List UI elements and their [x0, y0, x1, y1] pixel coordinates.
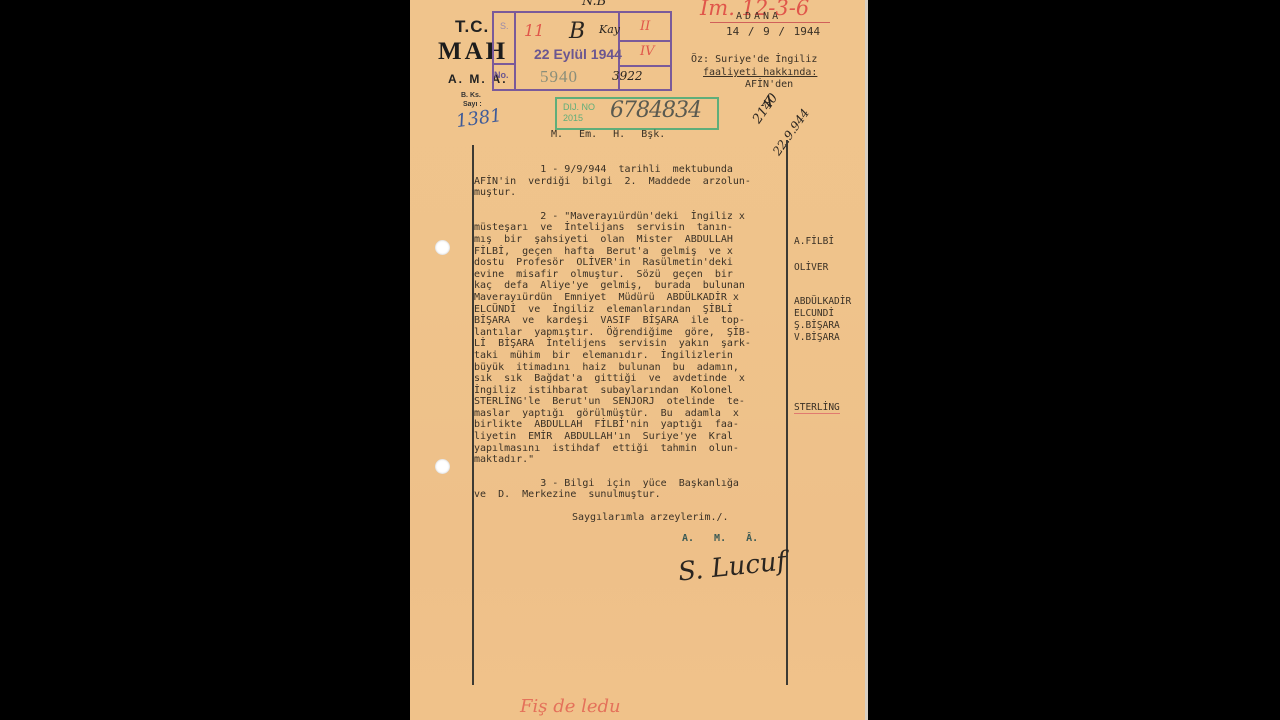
stamp-corner-letter: S.: [500, 21, 509, 31]
margin-name: ABDÜLKADİR: [794, 296, 851, 307]
dij-label: DIJ. NO 2015: [563, 102, 595, 124]
addressee: M. Em. H. Bşk.: [551, 129, 665, 140]
margin-name: OLİVER: [794, 262, 828, 273]
red-annotation-bottom: Fiş de ledu: [520, 696, 621, 717]
stamp-hand-top: N.B: [582, 0, 606, 9]
subject-line-2: faaliyeti hakkında:: [703, 67, 817, 78]
letterhead-tc: T.C.: [455, 17, 489, 37]
paragraph-1: 1 - 9/9/944 tarihli mektubunda AFİN'in v…: [474, 164, 788, 199]
signature: S. Lucuf: [677, 546, 788, 587]
margin-name: Ş.BİŞARA: [794, 320, 840, 331]
punch-hole-icon: [435, 459, 450, 474]
stamp-roman-2: IV: [640, 44, 655, 59]
stamp-red-mark: 11: [524, 21, 544, 40]
page-edge: [865, 0, 868, 720]
closing: Saygılarımla arzeylerim./.: [572, 512, 729, 523]
receipt-stamp: S. No. 22 Eylül 1944 5940 11 B Kay II IV…: [492, 11, 672, 91]
hand-date: 22.9.944: [770, 106, 812, 158]
paragraph-3: 3 - Bilgi için yüce Başkanlığa ve D. Mer…: [474, 478, 788, 501]
stamp-number: 5940: [540, 67, 578, 87]
letter-body: 1 - 9/9/944 tarihli mektubunda AFİN'in v…: [474, 164, 788, 501]
city: ADANA: [736, 11, 781, 22]
stamp-hand-mark: B: [569, 19, 585, 44]
initials: A. M. Â.: [682, 533, 758, 544]
sayi-handwritten: 1381: [455, 105, 503, 132]
margin-name: ELCUNDİ: [794, 308, 834, 319]
stamp-kay: Kay: [599, 23, 620, 36]
dij-handwritten-number: 6784834: [610, 98, 701, 123]
city-underline: [710, 22, 830, 23]
stamp-date: 22 Eylül 1944: [534, 46, 622, 62]
margin-name: STERLİNG: [794, 402, 840, 414]
letter-date: 14 / 9 / 1944: [726, 25, 820, 38]
hand-number: 2140: [750, 91, 781, 127]
punch-hole-icon: [435, 240, 450, 255]
paragraph-2: 2 - "Maverayıürdün'deki İngiliz x müsteş…: [474, 211, 788, 466]
margin-name: V.BİŞARA: [794, 332, 840, 343]
letterhead-bks: B. Ks.: [461, 92, 481, 99]
subject-line-1: Öz: Suriye'de İngiliz: [691, 53, 817, 67]
document-page: T.C. MAH A. M. A. B. Ks. Sayı : 1381 S. …: [410, 0, 868, 720]
subject-line-3: AFİN'den: [745, 79, 793, 90]
margin-name: A.FİLBİ: [794, 236, 834, 247]
stamp-no-label: No.: [494, 70, 509, 80]
stamp-ref: 3922: [612, 69, 643, 83]
stamp-roman-1: II: [640, 19, 650, 34]
